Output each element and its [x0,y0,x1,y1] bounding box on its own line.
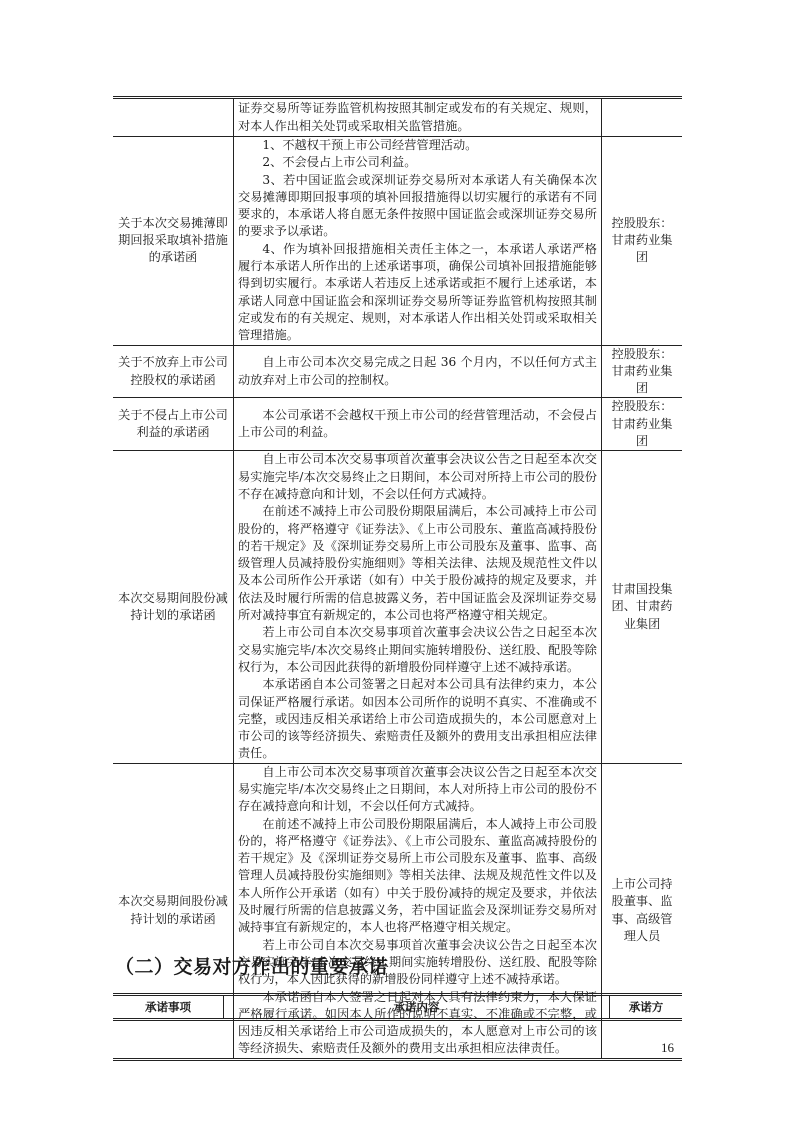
content-paragraph: 自上市公司本次交易事项首次董事会决议公告之日起至本次交易实施完毕/本次交易终止之… [238,764,597,816]
commitment-item-cell: 本次交易期间股份减持计划的承诺函 [113,451,234,763]
commitment-item-cell [113,98,234,137]
commitment-item-cell: 关于不放弃上市公司控股权的承诺函 [113,345,234,398]
counterparty-commitments-table-header: 承诺事项 承诺内容 承诺方 [113,993,682,1021]
commitment-party-cell [602,98,683,137]
content-paragraph: 2、不会侵占上市公司利益。 [238,154,597,171]
content-paragraph: 自上市公司本次交易完成之日起 36 个月内，不以任何方式主动放弃对上市公司的控制… [238,354,597,389]
column-header-content: 承诺内容 [224,995,610,1020]
commitment-party-cell: 控股股东：甘肃药业集团 [602,345,683,398]
content-paragraph: 本承诺函自本公司签署之日起对本公司具有法律约束力，本公司保证严格履行承诺。如因本… [238,676,597,762]
commitment-content-cell: 证券交易所等证券监管机构按照其制定或发布的有关规定、规则，对本人作出相关处罚或采… [234,98,602,137]
content-paragraph: 证券交易所等证券监管机构按照其制定或发布的有关规定、规则，对本人作出相关处罚或采… [238,100,597,135]
commitment-item-cell: 关于不侵占上市公司利益的承诺函 [113,398,234,451]
content-paragraph: 若上市公司自本次交易事项首次董事会决议公告之日起至本次交易实施完毕/本次交易终止… [238,624,597,676]
commitment-item-cell: 关于本次交易摊薄即期回报采取填补措施的承诺函 [113,137,234,346]
column-header-party: 承诺方 [610,995,683,1020]
table-row: 关于不侵占上市公司利益的承诺函 本公司承诺不会越权干预上市公司的经营管理活动，不… [113,398,682,451]
commitments-table: 证券交易所等证券监管机构按照其制定或发布的有关规定、规则，对本人作出相关处罚或采… [113,96,682,1061]
content-paragraph: 自上市公司本次交易事项首次董事会决议公告之日起至本次交易实施完毕/本次交易终止之… [238,451,597,503]
table-row: 本次交易期间股份减持计划的承诺函 自上市公司本次交易事项首次董事会决议公告之日起… [113,451,682,763]
commitment-party-cell: 控股股东：甘肃药业集团 [602,398,683,451]
section-heading: （二）交易对方作出的重要承诺 [115,952,388,979]
content-paragraph: 在前述不减持上市公司股份期限届满后，本公司减持上市公司股份的，将严格遵守《证券法… [238,503,597,624]
table-row: 关于不放弃上市公司控股权的承诺函 自上市公司本次交易完成之日起 36 个月内，不… [113,345,682,398]
table-row: 关于本次交易摊薄即期回报采取填补措施的承诺函 1、不越权干预上市公司经营管理活动… [113,137,682,346]
page-number: 16 [661,1040,674,1056]
content-paragraph: 1、不越权干预上市公司经营管理活动。 [238,137,597,154]
table-row: 证券交易所等证券监管机构按照其制定或发布的有关规定、规则，对本人作出相关处罚或采… [113,98,682,137]
commitment-party-cell: 甘肃国投集团、甘肃药业集团 [602,451,683,763]
content-paragraph: 在前述不减持上市公司股份期限届满后，本人减持上市公司股份的，将严格遵守《证券法》… [238,816,597,937]
column-header-item: 承诺事项 [113,995,224,1020]
commitment-content-cell: 1、不越权干预上市公司经营管理活动。 2、不会侵占上市公司利益。 3、若中国证监… [234,137,602,346]
document-page: 证券交易所等证券监管机构按照其制定或发布的有关规定、规则，对本人作出相关处罚或采… [0,0,794,1122]
content-paragraph: 本公司承诺不会越权干预上市公司的经营管理活动，不会侵占上市公司的利益。 [238,407,597,442]
content-paragraph: 3、若中国证监会或深圳证券交易所对本承诺人有关确保本次交易摊薄即期回报事项的填补… [238,172,597,241]
commitment-content-cell: 自上市公司本次交易完成之日起 36 个月内，不以任何方式主动放弃对上市公司的控制… [234,345,602,398]
commitment-party-cell: 控股股东：甘肃药业集团 [602,137,683,346]
commitment-content-cell: 自上市公司本次交易事项首次董事会决议公告之日起至本次交易实施完毕/本次交易终止之… [234,451,602,763]
commitment-content-cell: 本公司承诺不会越权干预上市公司的经营管理活动，不会侵占上市公司的利益。 [234,398,602,451]
header-row: 承诺事项 承诺内容 承诺方 [113,995,682,1020]
content-paragraph: 4、作为填补回报措施相关责任主体之一，本承诺人承诺严格履行本承诺人所作出的上述承… [238,241,597,345]
